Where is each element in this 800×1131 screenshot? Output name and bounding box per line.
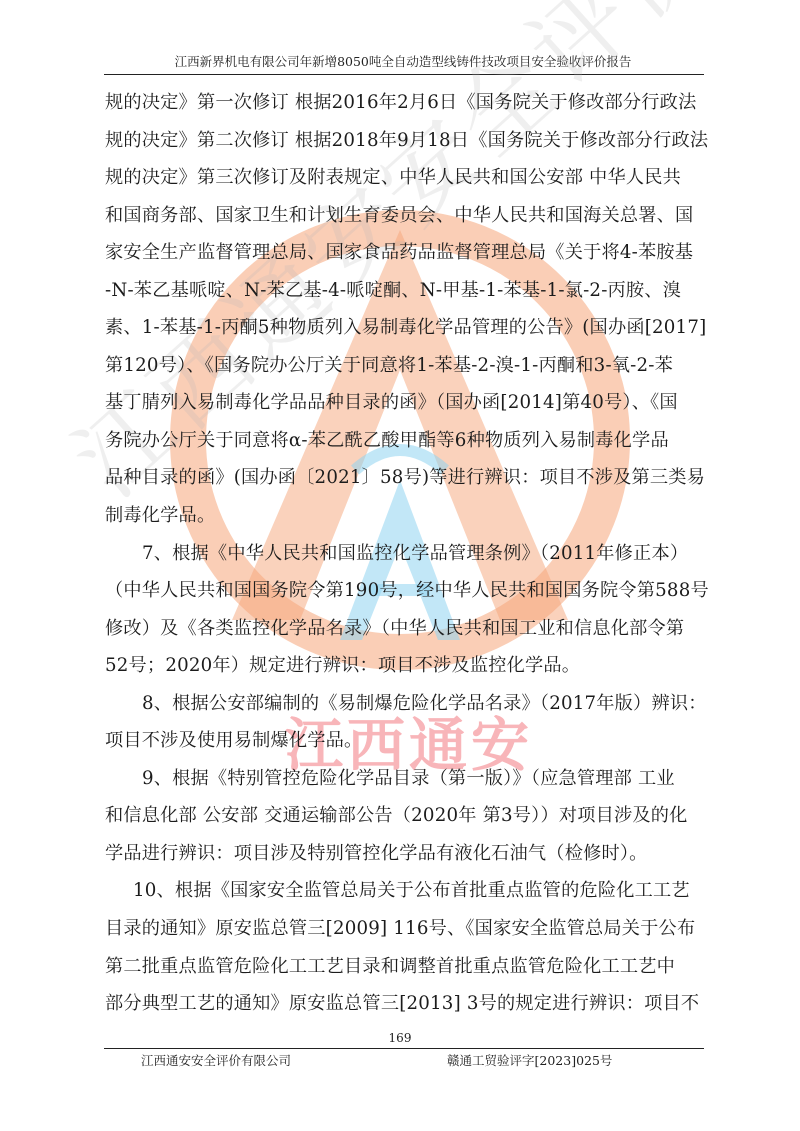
body-line: 修改）及《各类监控化学品名录》（中华人民共和国工业和信息化部令第	[105, 610, 705, 648]
body-line: 部分典型工艺的通知》原安监总管三[2013] 3号的规定进行辨识：项目不	[105, 985, 705, 1023]
body-line: （中华人民共和国国务院令第190号，经中华人民共和国国务院令第588号	[105, 572, 705, 610]
body-line: 素、1-苯基-1-丙酮5种物质列入易制毒化学品管理的公告》(国办函[2017]	[105, 309, 705, 347]
body-line: 规的决定》第二次修订 根据2018年9月18日《国务院关于修改部分行政法	[105, 122, 705, 160]
body-line: 第120号）、《国务院办公厅关于同意将1-苯基-2-溴-1-丙酮和3-氧-2-苯	[105, 347, 705, 385]
document-body: 规的决定》第一次修订 根据2016年2月6日《国务院关于修改部分行政法 规的决定…	[105, 84, 705, 1023]
body-line: 制毒化学品。	[105, 497, 705, 535]
paragraph-9-start: 9、根据《特别管控危险化学品目录（第一版）》（应急管理部 工业	[105, 760, 705, 798]
footer-rule	[104, 1048, 704, 1049]
paragraph-8-start: 8、根据公安部编制的《易制爆危险化学品名录》（2017年版）辨识：	[105, 685, 705, 723]
body-line: 规的决定》第三次修订及附表规定、中华人民共和国公安部 中华人民共	[105, 159, 705, 197]
body-line: 52号；2020年）规定进行辨识：项目不涉及监控化学品。	[105, 647, 705, 685]
body-line: 学品进行辨识：项目涉及特别管控化学品有液化石油气（检修时）。	[105, 835, 705, 873]
page-header-title: 江西新界机电有限公司年新增8050吨全自动造型线铸件技改项目安全验收评价报告	[103, 52, 703, 70]
body-line: -N-苯乙基哌啶、N-苯乙基-4-哌啶酮、N-甲基-1-苯基-1-氯-2-丙胺、…	[105, 272, 705, 310]
body-line: 务院办公厅关于同意将α-苯乙酰乙酸甲酯等6种物质列入易制毒化学品	[105, 422, 705, 460]
body-line: 基丁腈列入易制毒化学品品种目录的函》（国办函[2014]第40号）、《国	[105, 384, 705, 422]
body-line: 和国商务部、国家卫生和计划生育委员会、中华人民共和国海关总署、国	[105, 197, 705, 235]
footer-company: 江西通安安全评价有限公司	[141, 1051, 291, 1069]
paragraph-10-start: 10、根据《国家安全监管总局关于公布首批重点监管的危险化工工艺	[105, 872, 705, 910]
header-rule	[104, 74, 704, 75]
body-line: 和信息化部 公安部 交通运输部公告（2020年 第3号））对项目涉及的化	[105, 797, 705, 835]
body-line: 品种目录的函》(国办函〔2021〕58号)等进行辨识：项目不涉及第三类易	[105, 459, 705, 497]
body-line: 第二批重点监管危险化工工艺目录和调整首批重点监管危险化工工艺中	[105, 948, 705, 986]
footer-report-number: 赣通工贸验评字[2023]025号	[447, 1051, 612, 1069]
body-line: 目录的通知》原安监总管三[2009] 116号、《国家安全监管总局关于公布	[105, 910, 705, 948]
body-line: 规的决定》第一次修订 根据2016年2月6日《国务院关于修改部分行政法	[105, 84, 705, 122]
body-line: 项目不涉及使用易制爆化学品。	[105, 722, 705, 760]
page-number: 169	[0, 1031, 800, 1045]
body-line: 家安全生产监督管理总局、国家食品药品监督管理总局《关于将4-苯胺基	[105, 234, 705, 272]
paragraph-7-start: 7、根据《中华人民共和国监控化学品管理条例》（2011年修正本）	[105, 535, 705, 573]
